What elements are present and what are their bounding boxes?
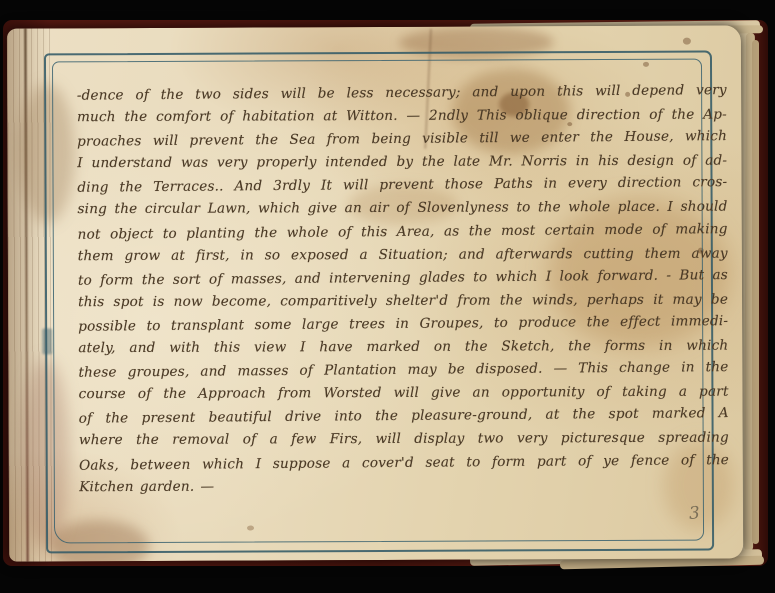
manuscript-page: -dence of the two sides will be less nec… — [7, 25, 743, 561]
foxing-spot — [683, 38, 691, 45]
page-number: 3 — [688, 503, 700, 524]
manuscript-line: where the removal of a few Firs, will di… — [79, 427, 729, 453]
manuscript-line: Kitchen garden. — — [79, 473, 729, 499]
handwritten-text-block: -dence of the two sides will be less nec… — [77, 80, 730, 500]
page-edge-stack — [752, 40, 759, 544]
book-photograph: -dence of the two sides will be less nec… — [0, 0, 775, 593]
